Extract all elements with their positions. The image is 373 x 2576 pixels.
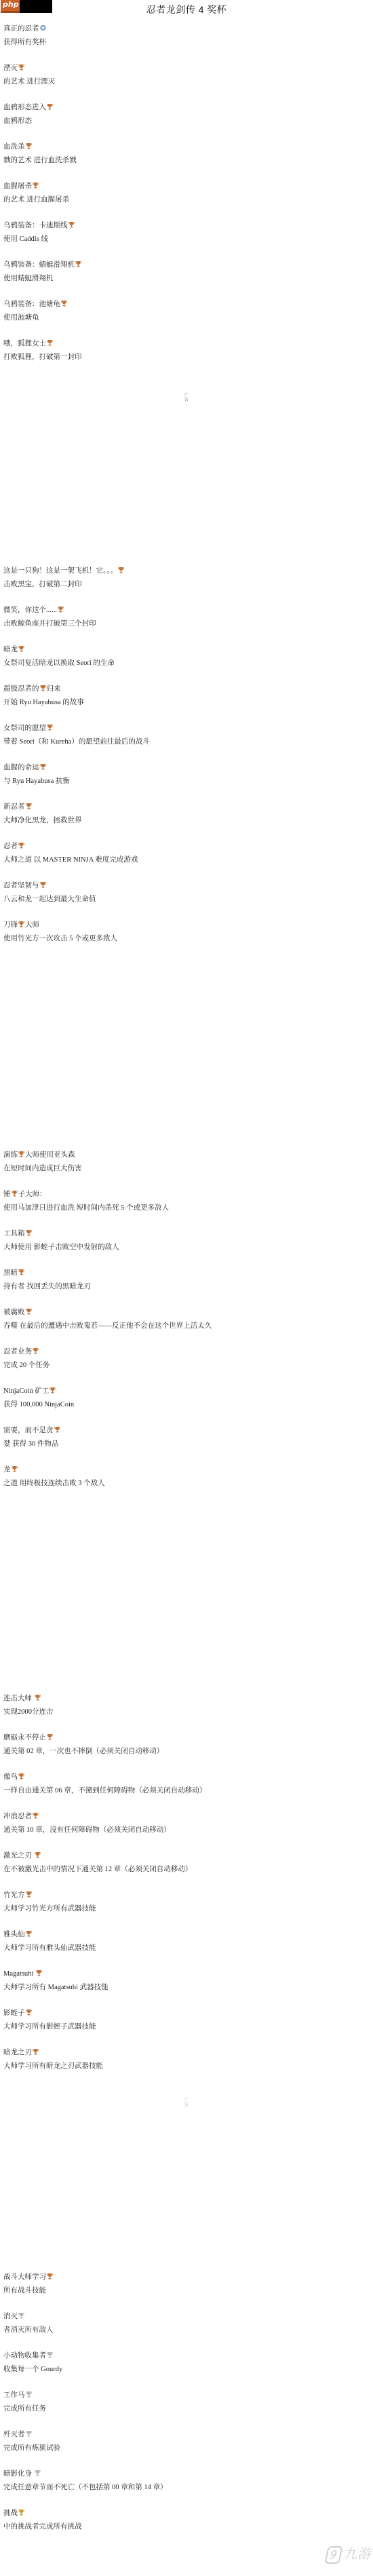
trophy-description: 通关第 02 章，一次也不摔倒（必须关闭自动移动） bbox=[3, 1745, 370, 1758]
trophy-entry: 暗影化身 完成任意章节而不死亡（不包括第 00 章和第 14 章） bbox=[3, 2467, 370, 2507]
trophy-entry: 微笑，你这个......击败鲸鱼座并打破第三个封印 bbox=[3, 604, 370, 643]
watermark-text: 九游 bbox=[343, 2545, 372, 2562]
trophy-entry: Magatsuhi 大师学习所有 Magatsuhi 武器技能 bbox=[3, 1967, 370, 2007]
trophy-title-text: NinjaCoin 矿工 bbox=[3, 1387, 49, 1395]
trophy-entry: 消灭者消灭所有敌人 bbox=[3, 2310, 370, 2349]
trophy-entry: 歼灭者完成所有炼狱试验 bbox=[3, 2428, 370, 2467]
trophy-title: 战斗大师学习 bbox=[3, 2271, 370, 2284]
silver-trophy-icon bbox=[26, 2389, 32, 2396]
trophy-entry: 忍者大师之道 以 MASTER NINJA 难度完成游戏 bbox=[3, 840, 370, 879]
bronze-trophy-icon bbox=[35, 1850, 41, 1857]
trophy-title: 龙 bbox=[3, 1463, 370, 1477]
trophy-title-text: 暗龙之刃 bbox=[3, 2049, 32, 2056]
trophy-section-4: 连击大师 实现2000分连击磨砺永不停止通关第 02 章，一次也不摔倒（必须关闭… bbox=[3, 1692, 370, 2085]
trophy-title: 哦，狐狸女士 bbox=[3, 337, 370, 351]
trophy-entry: 血腥的命运与 Ryu Hayabusa 抗衡 bbox=[3, 761, 370, 801]
trophy-description: 所有战斗技能 bbox=[3, 2284, 370, 2298]
platinum-trophy-icon bbox=[40, 23, 46, 30]
bronze-trophy-icon bbox=[18, 841, 24, 847]
trophy-title: 工作马 bbox=[3, 2389, 370, 2402]
ad-label: 广告 bbox=[0, 2098, 373, 2107]
trophy-title: 雅头仙 bbox=[3, 1928, 370, 1942]
bronze-trophy-icon bbox=[26, 1228, 32, 1235]
trophy-title: 微笑，你这个...... bbox=[3, 604, 370, 617]
bronze-trophy-icon bbox=[35, 1693, 41, 1699]
bronze-trophy-icon bbox=[33, 2047, 39, 2054]
bronze-trophy-icon bbox=[18, 62, 24, 69]
trophy-title-text: 歼灭者 bbox=[3, 2431, 25, 2438]
bronze-trophy-icon bbox=[54, 1425, 60, 1431]
trophy-description: 使用池塘龟 bbox=[3, 311, 370, 325]
gold-trophy-icon bbox=[18, 2507, 24, 2514]
page-title: 忍者龙剑传 4 奖杯 bbox=[0, 3, 373, 16]
bronze-trophy-icon bbox=[47, 2271, 53, 2278]
trophy-description: 大师学习所有暗龙之刃武器技能 bbox=[3, 2060, 370, 2073]
ad-label: 广告 bbox=[0, 393, 373, 402]
bronze-trophy-icon bbox=[12, 1189, 18, 1195]
trophy-entry: NinjaCoin 矿工获得 100,000 NinjaCoin bbox=[3, 1385, 370, 1424]
trophy-title: 湮灭 bbox=[3, 62, 370, 75]
trophy-title: 血洗杀 bbox=[3, 140, 370, 154]
trophy-title-text: 冲浪忍者 bbox=[3, 1813, 32, 1820]
trophy-description: 完成 20 个任务 bbox=[3, 1359, 370, 1372]
bronze-trophy-icon bbox=[40, 762, 46, 769]
trophy-title-text: 暗影化身 bbox=[3, 2470, 34, 2478]
trophy-title-part: 子大师： bbox=[18, 1191, 47, 1198]
bronze-trophy-icon bbox=[26, 141, 32, 148]
trophy-title-text: 血洗杀 bbox=[3, 143, 25, 151]
trophy-title-text: 忍者坚韧与 bbox=[3, 882, 39, 889]
trophy-title-text: 需要，而不是贪 bbox=[3, 1427, 54, 1434]
trophy-title-text: 血腥的命运 bbox=[3, 764, 39, 771]
trophy-title: 血腥屠杀 bbox=[3, 180, 370, 193]
trophy-description: 完成所有炼狱试验 bbox=[3, 2442, 370, 2455]
trophy-title-text: 小动物收集者 bbox=[3, 2352, 46, 2360]
trophy-entry: 乌鸦装备：卡迪斯线使用 Caddis 线 bbox=[3, 219, 370, 258]
trophy-title-text: 龙 bbox=[3, 1466, 11, 1474]
trophy-entry: 被腐败吞噬 在最后的遭遇中击败鬼若——反正他不会在这个世界上活太久 bbox=[3, 1306, 370, 1345]
trophy-title-text: 血腥屠杀 bbox=[3, 182, 32, 190]
trophy-title-text: 真正的忍者 bbox=[3, 25, 39, 33]
trophy-title: 冲浪忍者 bbox=[3, 1810, 370, 1824]
bronze-trophy-icon bbox=[33, 180, 39, 187]
trophy-description: 戮的艺术 进行血洗杀戮 bbox=[3, 154, 370, 168]
trophy-title-text: 消灭 bbox=[3, 2313, 18, 2320]
bronze-trophy-icon bbox=[33, 1811, 39, 1818]
trophy-description: 的艺术 进行血腥屠杀 bbox=[3, 193, 370, 207]
trophy-description: 收集每一个 Gourdy bbox=[3, 2363, 370, 2377]
trophy-entry: 血洗杀戮的艺术 进行血洗杀戮 bbox=[3, 140, 370, 180]
trophy-section-1: 真正的忍者获得所有奖杯湮灭的艺术 进行湮灭血鸦形态进入血鸦形态血洗杀戮的艺术 进… bbox=[3, 22, 370, 377]
trophy-entry: 新忍者大师净化黑龙，拯救世界 bbox=[3, 801, 370, 840]
trophy-title: 女祭司的愿望 bbox=[3, 722, 370, 735]
trophy-title: 血腥的命运 bbox=[3, 761, 370, 775]
trophy-title-part: 锤 bbox=[3, 1191, 11, 1198]
trophy-title-text: 工作马 bbox=[3, 2391, 25, 2399]
trophy-entry: 这是一只狗！这是一架飞机！它。。。击败黑宝，打破第二封印 bbox=[3, 564, 370, 604]
trophy-title: 小动物收集者 bbox=[3, 2349, 370, 2363]
trophy-title-text: 血鸦形态进入 bbox=[3, 104, 46, 111]
trophy-title-part: 演练 bbox=[3, 1151, 18, 1159]
trophy-entry: 湮灭的艺术 进行湮灭 bbox=[3, 62, 370, 101]
silver-trophy-icon bbox=[18, 2311, 24, 2318]
trophy-title: 暗龙 bbox=[3, 643, 370, 657]
trophy-entry: 哦，狐狸女士打败狐狸，打破第一封印 bbox=[3, 337, 370, 377]
trophy-entry: 乌鸦装备：池塘龟使用池塘龟 bbox=[3, 298, 370, 337]
trophy-description: 使用 Caddis 线 bbox=[3, 233, 370, 246]
trophy-description: 打败狐狸，打破第一封印 bbox=[3, 351, 370, 364]
trophy-title: 暗影化身 bbox=[3, 2467, 370, 2481]
bronze-trophy-icon bbox=[68, 220, 75, 227]
bronze-trophy-icon bbox=[50, 1385, 56, 1392]
trophy-description: 在短时间内造成巨大伤害 bbox=[3, 1162, 370, 1176]
bronze-trophy-icon bbox=[26, 1307, 32, 1313]
trophy-title: 暗龙之刃 bbox=[3, 2046, 370, 2060]
trophy-title-text: 女祭司的愿望 bbox=[3, 725, 46, 732]
trophy-title: 忍者业务 bbox=[3, 1345, 370, 1359]
trophy-title: 刀锋大师 bbox=[3, 919, 370, 932]
trophy-entry: 暗龙之刃大师学习所有暗龙之刃武器技能 bbox=[3, 2046, 370, 2085]
trophy-description: 的艺术 进行湮灭 bbox=[3, 75, 370, 89]
trophy-entry: 需要，而不是贪婪 获得 30 件物品 bbox=[3, 1424, 370, 1463]
bronze-trophy-icon bbox=[61, 299, 67, 305]
bronze-trophy-icon bbox=[18, 919, 24, 926]
trophy-entry: 竹光方大师学习竹光方所有武器技能 bbox=[3, 1889, 370, 1928]
trophy-title: Magatsuhi bbox=[3, 1967, 370, 1981]
trophy-entry: 演练大师使用亚头森在短时间内造成巨大伤害 bbox=[3, 1149, 370, 1188]
trophy-title: 乌鸦装备：蜻蜓滑翔机 bbox=[3, 258, 370, 272]
trophy-description: 开始 Ryu Hayabusa 的故事 bbox=[3, 696, 370, 710]
trophy-title-text: 微笑，你这个...... bbox=[3, 607, 57, 614]
bronze-trophy-icon bbox=[18, 1267, 24, 1274]
trophy-description: 使用蜻蜓滑翔机 bbox=[3, 272, 370, 286]
trophy-title-part: 归来 bbox=[47, 685, 61, 693]
bronze-trophy-icon bbox=[18, 1771, 24, 1778]
trophy-description: 大师学习所有影蛭子武器技能 bbox=[3, 2020, 370, 2034]
trophy-title-text: 连击大师 bbox=[3, 1695, 34, 1702]
silver-trophy-icon bbox=[47, 2350, 53, 2357]
trophy-title: 竹光方 bbox=[3, 1889, 370, 1902]
trophy-section-2: 这是一只狗！这是一架飞机！它。。。击败黑宝，打破第二封印微笑，你这个......… bbox=[3, 564, 370, 958]
trophy-title: 工具箱 bbox=[3, 1227, 370, 1241]
trophy-title: 挑战 bbox=[3, 2507, 370, 2520]
trophy-description: 女祭司复活暗龙以换取 Seori 的生命 bbox=[3, 657, 370, 670]
trophy-description: 击败鲸鱼座并打破第三个封印 bbox=[3, 617, 370, 631]
trophy-title: 消灭 bbox=[3, 2310, 370, 2324]
trophy-description: 婪 获得 30 件物品 bbox=[3, 1438, 370, 1451]
trophy-description: 带着 Seori（和 Kureha）的愿望前往最后的战斗 bbox=[3, 735, 370, 749]
trophy-title: 连击大师 bbox=[3, 1692, 370, 1706]
trophy-title-text: 乌鸦装备：卡迪斯线 bbox=[3, 222, 68, 229]
trophy-entry: 黑暗持有者 找回丢失的黑暗龙刃 bbox=[3, 1267, 370, 1306]
trophy-title-text: 被腐败 bbox=[3, 1309, 25, 1316]
trophy-title: 激光之刃 bbox=[3, 1849, 370, 1863]
trophy-title-text: 湮灭 bbox=[3, 64, 18, 72]
trophy-entry: 战斗大师学习所有战斗技能 bbox=[3, 2271, 370, 2310]
bronze-trophy-icon bbox=[58, 604, 64, 611]
bronze-trophy-icon bbox=[18, 1149, 24, 1156]
trophy-entry: 女祭司的愿望带着 Seori（和 Kureha）的愿望前往最后的战斗 bbox=[3, 722, 370, 761]
trophy-title: 血鸦形态进入 bbox=[3, 101, 370, 115]
trophy-description: 完成任意章节而不死亡（不包括第 00 章和第 14 章） bbox=[3, 2481, 370, 2495]
trophy-entry: 磨砺永不停止通关第 02 章，一次也不摔倒（必须关闭自动移动） bbox=[3, 1731, 370, 1771]
trophy-title-text: 这是一只狗！这是一架飞机！它。。。 bbox=[3, 567, 117, 575]
trophy-title: 歼灭者 bbox=[3, 2428, 370, 2442]
trophy-section-3: 演练大师使用亚头森在短时间内造成巨大伤害锤子大师：使用马加津日进行血洗 短时间内… bbox=[3, 1149, 370, 1503]
trophy-title: 忍者坚韧与 bbox=[3, 879, 370, 893]
watermark-logo-icon: 9 bbox=[324, 2546, 343, 2564]
trophy-title: 影蛭子 bbox=[3, 2007, 370, 2020]
trophy-title-text: 新忍者 bbox=[3, 803, 25, 811]
trophy-title: 被腐败 bbox=[3, 1306, 370, 1320]
trophy-title: 黑暗 bbox=[3, 1267, 370, 1280]
trophy-description: 一样自由通关第 06 章，不撞到任何障碍物（必须关闭自动移动） bbox=[3, 1784, 370, 1798]
trophy-title: 需要，而不是贪 bbox=[3, 1424, 370, 1438]
bronze-trophy-icon bbox=[47, 102, 53, 109]
bronze-trophy-icon bbox=[36, 1968, 42, 1975]
trophy-title-text: Magatsuhi bbox=[3, 1970, 35, 1978]
silver-trophy-icon bbox=[26, 2429, 32, 2436]
trophy-description: 者消灭所有敌人 bbox=[3, 2324, 370, 2337]
trophy-entry: 乌鸦装备：蜻蜓滑翔机使用蜻蜓滑翔机 bbox=[3, 258, 370, 298]
trophy-description: 吞噬 在最后的遭遇中击败鬼若——反正他不会在这个世界上活太久 bbox=[3, 1320, 370, 1333]
trophy-description: 使用马加津日进行血洗 短时间内杀死 5 个或更多敌人 bbox=[3, 1202, 370, 1215]
bronze-trophy-icon bbox=[118, 565, 124, 572]
trophy-description: 使用竹光方一次攻击 5 个或更多敌人 bbox=[3, 932, 370, 946]
trophy-entry: 血鸦形态进入血鸦形态 bbox=[3, 101, 370, 140]
bronze-trophy-icon bbox=[40, 683, 46, 690]
trophy-description: 与 Ryu Hayabusa 抗衡 bbox=[3, 775, 370, 788]
trophy-section-5: 战斗大师学习所有战斗技能消灭者消灭所有敌人小动物收集者收集每一个 Gourdy工… bbox=[3, 2271, 370, 2546]
bronze-trophy-icon bbox=[40, 880, 46, 887]
trophy-title: 真正的忍者 bbox=[3, 22, 370, 36]
trophy-description: 大师净化黑龙，拯救世界 bbox=[3, 814, 370, 828]
trophy-title-text: 乌鸦装备：蜻蜓滑翔机 bbox=[3, 261, 75, 269]
trophy-entry: 忍者业务完成 20 个任务 bbox=[3, 1345, 370, 1385]
trophy-description: 大师之道 以 MASTER NINJA 难度完成游戏 bbox=[3, 853, 370, 867]
trophy-entry: 雅头仙大师学习所有雅头仙武器技能 bbox=[3, 1928, 370, 1967]
bronze-trophy-icon bbox=[26, 1929, 32, 1936]
trophy-entry: 冲浪忍者通关第 10 章，没有任何障碍物（必须关闭自动移动） bbox=[3, 1810, 370, 1849]
trophy-title-text: 像鸟 bbox=[3, 1773, 18, 1781]
trophy-title: 乌鸦装备：池塘龟 bbox=[3, 298, 370, 311]
trophy-entry: 小动物收集者收集每一个 Gourdy bbox=[3, 2349, 370, 2389]
trophy-description: 血鸦形态 bbox=[3, 115, 370, 128]
trophy-title: 新忍者 bbox=[3, 801, 370, 814]
trophy-entry: 超级忍者的归来开始 Ryu Hayabusa 的故事 bbox=[3, 683, 370, 722]
trophy-title: 锤子大师： bbox=[3, 1188, 370, 1202]
trophy-entry: 像鸟一样自由通关第 06 章，不撞到任何障碍物（必须关闭自动移动） bbox=[3, 1771, 370, 1810]
silver-trophy-icon bbox=[35, 2468, 41, 2475]
trophy-title: 磨砺永不停止 bbox=[3, 1731, 370, 1745]
trophy-entry: 龙之道 用终极技连续击败 3 个敌人 bbox=[3, 1463, 370, 1503]
trophy-title-part: 刀锋 bbox=[3, 921, 18, 929]
trophy-title-part: 大师 bbox=[25, 921, 39, 929]
trophy-entry: 连击大师 实现2000分连击 bbox=[3, 1692, 370, 1731]
trophy-description: 在不被激光击中的情况下通关第 12 章（必须关闭自动移动） bbox=[3, 1863, 370, 1877]
trophy-title-text: 战斗大师学习 bbox=[3, 2273, 46, 2281]
trophy-description: 持有者 找回丢失的黑暗龙刃 bbox=[3, 1280, 370, 1294]
trophy-entry: 工具箱大师使用 影蛭子击败空中发射的敌人 bbox=[3, 1227, 370, 1267]
trophy-title-text: 乌鸦装备：池塘龟 bbox=[3, 301, 60, 308]
trophy-title-text: 哦，狐狸女士 bbox=[3, 340, 46, 347]
trophy-title: 演练大师使用亚头森 bbox=[3, 1149, 370, 1162]
trophy-title: 像鸟 bbox=[3, 1771, 370, 1784]
bronze-trophy-icon bbox=[75, 259, 81, 266]
trophy-description: 通关第 10 章，没有任何障碍物（必须关闭自动移动） bbox=[3, 1824, 370, 1837]
trophy-entry: 锤子大师：使用马加津日进行血洗 短时间内杀死 5 个或更多敌人 bbox=[3, 1188, 370, 1227]
trophy-title-text: 磨砺永不停止 bbox=[3, 1734, 46, 1742]
trophy-description: 完成所有任务 bbox=[3, 2402, 370, 2416]
trophy-title-text: 雅头仙 bbox=[3, 1931, 25, 1938]
trophy-title: 这是一只狗！这是一架飞机！它。。。 bbox=[3, 564, 370, 578]
jiuyou-watermark: 9九游 bbox=[312, 2538, 372, 2569]
trophy-title-part: 大师使用亚头森 bbox=[25, 1151, 75, 1159]
trophy-entry: 暗龙女祭司复活暗龙以换取 Seori 的生命 bbox=[3, 643, 370, 683]
trophy-title-text: 激光之刃 bbox=[3, 1852, 34, 1860]
trophy-entry: 影蛭子大师学习所有影蛭子武器技能 bbox=[3, 2007, 370, 2046]
bronze-trophy-icon bbox=[18, 644, 24, 651]
bronze-trophy-icon bbox=[26, 1889, 32, 1896]
trophy-title-text: 竹光方 bbox=[3, 1891, 25, 1899]
trophy-entry: 忍者坚韧与八云和龙一起达到最大生命值 bbox=[3, 879, 370, 919]
trophy-description: 实现2000分连击 bbox=[3, 1706, 370, 1719]
trophy-title-text: 影蛭子 bbox=[3, 2010, 25, 2017]
trophy-title-text: 忍者业务 bbox=[3, 1348, 32, 1356]
trophy-title-text: 工具箱 bbox=[3, 1230, 25, 1237]
bronze-trophy-icon bbox=[26, 801, 32, 808]
trophy-description: 获得 100,000 NinjaCoin bbox=[3, 1398, 370, 1412]
trophy-description: 击败黑宝，打破第二封印 bbox=[3, 578, 370, 592]
trophy-description: 大师学习所有雅头仙武器技能 bbox=[3, 1942, 370, 1955]
trophy-description: 之道 用终极技连续击败 3 个敌人 bbox=[3, 1477, 370, 1491]
trophy-description: 八云和龙一起达到最大生命值 bbox=[3, 893, 370, 906]
trophy-description: 大师学习所有 Magatsuhi 武器技能 bbox=[3, 1981, 370, 1995]
trophy-entry: 激光之刃 在不被激光击中的情况下通关第 12 章（必须关闭自动移动） bbox=[3, 1849, 370, 1889]
trophy-title-text: 暗龙 bbox=[3, 646, 18, 653]
bronze-trophy-icon bbox=[47, 338, 53, 345]
trophy-entry: 刀锋大师使用竹光方一次攻击 5 个或更多敌人 bbox=[3, 919, 370, 958]
trophy-title: NinjaCoin 矿工 bbox=[3, 1385, 370, 1398]
bronze-trophy-icon bbox=[47, 1732, 53, 1739]
bronze-trophy-icon bbox=[26, 2007, 32, 2014]
trophy-title-part: 超级忍者的 bbox=[3, 685, 39, 693]
trophy-title: 乌鸦装备：卡迪斯线 bbox=[3, 219, 370, 233]
trophy-description: 大师学习竹光方所有武器技能 bbox=[3, 1902, 370, 1916]
trophy-title-text: 挑战 bbox=[3, 2510, 18, 2517]
trophy-title: 超级忍者的归来 bbox=[3, 683, 370, 696]
trophy-entry: 工作马完成所有任务 bbox=[3, 2389, 370, 2428]
trophy-description: 中的挑战者完成所有挑战 bbox=[3, 2520, 370, 2534]
trophy-entry: 血腥屠杀的艺术 进行血腥屠杀 bbox=[3, 180, 370, 219]
trophy-title: 忍者 bbox=[3, 840, 370, 853]
bronze-trophy-icon bbox=[33, 1346, 39, 1353]
trophy-description: 获得所有奖杯 bbox=[3, 36, 370, 50]
trophy-entry: 真正的忍者获得所有奖杯 bbox=[3, 22, 370, 62]
trophy-title-text: 黑暗 bbox=[3, 1269, 18, 1277]
bronze-trophy-icon bbox=[12, 1464, 18, 1471]
trophy-title-text: 忍者 bbox=[3, 843, 18, 850]
bronze-trophy-icon bbox=[47, 723, 53, 729]
trophy-description: 大师使用 影蛭子击败空中发射的敌人 bbox=[3, 1241, 370, 1254]
